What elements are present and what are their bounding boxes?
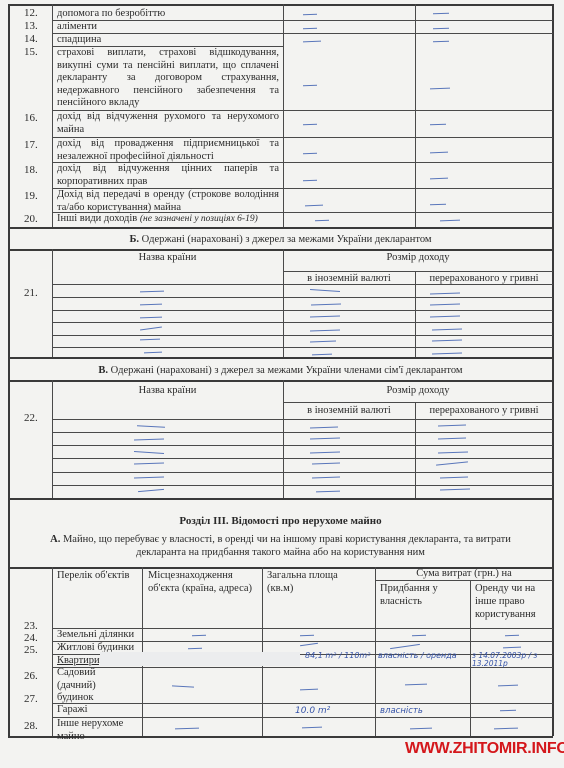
handwritten-dash — [500, 710, 516, 712]
handwritten-purchase: власність / оренда — [378, 652, 468, 660]
handwritten-dash — [316, 491, 340, 493]
col-income: Розмір доходу — [283, 252, 553, 265]
handwritten-dash — [303, 28, 317, 29]
handwritten-area: 84,1 m² / 110m² — [305, 652, 370, 660]
handwritten-dash — [175, 728, 199, 730]
handwritten-dash — [440, 477, 468, 479]
row-number: 20. — [24, 213, 38, 225]
handwritten-dash — [312, 477, 340, 479]
handwritten-dash — [430, 315, 460, 317]
col-country: Назва країни — [52, 385, 283, 398]
row-number: 21. — [24, 287, 38, 299]
handwritten-dash — [505, 635, 519, 636]
handwritten-dash — [494, 728, 518, 730]
row-number: 13. — [24, 20, 38, 32]
handwritten-dash — [405, 684, 427, 686]
handwritten-dash — [310, 315, 340, 317]
declaration-page: 12. 13. 14. 15. 16. 17. 18. 19. 20. допо… — [0, 0, 564, 768]
section-3-subtitle: А. Майно, що перебуває у власності, в ор… — [8, 534, 553, 547]
handwritten-dash — [303, 85, 317, 86]
handwritten-dash — [302, 727, 322, 729]
income-label: спадщина — [57, 34, 101, 47]
handwritten-dash — [430, 204, 446, 206]
handwritten-dash — [300, 635, 314, 636]
rule — [52, 335, 553, 336]
row-number: 19. — [24, 190, 38, 202]
handwritten-dash — [438, 425, 466, 427]
rule — [8, 498, 553, 500]
handwritten-dash — [140, 304, 162, 306]
handwritten-dash — [312, 354, 332, 356]
handwritten-dash — [137, 425, 165, 427]
handwritten-dash — [433, 13, 449, 15]
row-number: 26. — [24, 670, 38, 682]
rule — [52, 432, 553, 433]
handwritten-dash — [138, 489, 164, 492]
rule — [415, 4, 416, 227]
handwritten-dash — [432, 328, 462, 330]
rule — [52, 485, 553, 486]
handwritten-dash — [300, 689, 318, 691]
handwritten-dash — [432, 352, 462, 354]
handwritten-dash — [433, 28, 449, 30]
col-location-2: об'єкта (країна, адреса) — [148, 583, 252, 596]
handwritten-dash — [305, 205, 323, 207]
row-number: 22. — [24, 412, 38, 424]
income-label: дохід від провадження підприємницької та… — [57, 138, 279, 163]
rule — [8, 227, 553, 229]
col-purchase: Придбання у — [380, 583, 438, 596]
col-country: Назва країни — [52, 252, 283, 265]
handwritten-rent: з 14.07.2003р / з 13.2011р — [472, 652, 550, 668]
col-objects: Перелік об'єктів — [57, 570, 129, 583]
row-number: 12. — [24, 7, 38, 19]
handwritten-dash — [134, 462, 164, 464]
col-rent-3: користування — [475, 609, 536, 622]
rule — [52, 310, 553, 311]
handwritten-dash — [303, 153, 317, 154]
rule — [52, 445, 553, 446]
col-location: Місцезнаходження — [148, 570, 233, 583]
rule — [52, 347, 553, 348]
rule — [283, 402, 553, 403]
property-label: Квартири, — [57, 655, 102, 668]
rule — [52, 458, 553, 459]
handwritten-dash — [430, 292, 460, 294]
handwritten-dash — [390, 644, 420, 649]
rule — [52, 380, 53, 498]
handwritten-dash — [430, 124, 446, 126]
rule — [52, 297, 553, 298]
handwritten-purchase: власність — [380, 706, 423, 716]
handwritten-dash — [430, 303, 460, 305]
col-area: Загальна площа — [267, 570, 338, 583]
rule — [52, 4, 53, 227]
col-foreign: в іноземній валюті — [283, 405, 415, 418]
handwritten-dash — [140, 326, 162, 330]
section-letter: А. — [50, 534, 60, 545]
handwritten-dash — [192, 635, 206, 636]
col-rent-2: інше право — [475, 596, 525, 609]
handwritten-dash — [172, 685, 194, 687]
handwritten-dash — [430, 178, 448, 180]
handwritten-dash — [498, 685, 518, 687]
rule — [52, 472, 553, 473]
rule — [283, 249, 284, 357]
handwritten-dash — [436, 461, 468, 465]
handwritten-dash — [140, 317, 162, 319]
handwritten-dash — [310, 341, 336, 343]
section-3-title: Розділ ІІІ. Відомості про нерухоме майно — [8, 515, 553, 528]
rule — [8, 380, 553, 382]
rule — [52, 33, 553, 34]
col-purchase-2: власність — [380, 596, 422, 609]
handwritten-dash — [310, 451, 340, 453]
handwritten-dash — [134, 438, 164, 440]
handwritten-area: 10.0 m² — [295, 706, 330, 716]
col-costs: Сума витрат (грн.) на — [375, 568, 553, 581]
handwritten-dash — [440, 220, 460, 222]
rule — [52, 322, 553, 323]
section-letter: Б. — [129, 234, 139, 245]
handwritten-dash — [438, 451, 468, 453]
handwritten-dash — [303, 41, 321, 43]
handwritten-dash — [311, 303, 341, 305]
row-number: 27. — [24, 693, 38, 705]
row-number: 17. — [24, 139, 38, 151]
property-label: Садовий (дачний) будинок — [57, 667, 113, 705]
rule — [8, 4, 553, 6]
section-title-text: Одержані (нараховані) з джерел за межами… — [142, 234, 432, 245]
section-letter: В. — [98, 365, 108, 376]
row-number: 25. — [24, 644, 38, 656]
watermark[interactable]: WWW.ZHITOMIR.INFO — [405, 740, 564, 758]
section-v-title: В. Одержані (нараховані) з джерел за меж… — [8, 365, 553, 378]
handwritten-dash — [140, 339, 160, 341]
income-label: Інші види доходів (не зазначені у позиці… — [57, 213, 258, 226]
handwritten-dash — [430, 152, 448, 154]
col-rent: Оренду чи на — [475, 583, 535, 596]
handwritten-dash — [134, 476, 164, 478]
income-label: дохід від відчуження цінних паперів та к… — [57, 163, 279, 188]
income-label: страхові виплати, страхові відшкодування… — [57, 47, 279, 110]
property-label: Гаражі — [57, 704, 88, 717]
rule — [52, 249, 53, 357]
handwritten-dash — [300, 643, 318, 646]
col-foreign: в іноземній валюті — [283, 273, 415, 286]
handwritten-dash — [503, 647, 521, 649]
income-label: допомога по безробіттю — [57, 8, 165, 21]
row-number: 14. — [24, 33, 38, 45]
col-area-2: (кв.м) — [267, 583, 293, 596]
handwritten-dash — [438, 438, 466, 440]
handwritten-dash — [303, 124, 317, 125]
row-number: 28. — [24, 720, 38, 732]
income-label-text: Інші види доходів — [57, 213, 137, 224]
redacted-address — [100, 652, 300, 666]
handwritten-dash — [310, 289, 340, 292]
handwritten-dash — [310, 329, 340, 331]
handwritten-dash — [410, 728, 432, 730]
section-title-text: Одержані (нараховані) з джерел за межами… — [111, 365, 463, 376]
row-number: 24. — [24, 632, 38, 644]
handwritten-dash — [144, 352, 162, 354]
handwritten-dash — [430, 88, 450, 90]
handwritten-dash — [433, 41, 449, 43]
row-number: 16. — [24, 112, 38, 124]
col-income: Розмір доходу — [283, 385, 553, 398]
handwritten-dash — [310, 437, 340, 439]
income-label: Дохід від передачі в оренду (строкове во… — [57, 189, 279, 214]
property-label: Інше нерухоме майно — [57, 718, 137, 743]
row-number: 23. — [24, 620, 38, 632]
row-number: 18. — [24, 164, 38, 176]
income-label-note: (не зазначені у позиціях 6-19) — [140, 214, 258, 224]
subtitle-text: Майно, що перебуває у власності, в оренд… — [63, 534, 511, 545]
rule — [283, 271, 553, 272]
handwritten-dash — [312, 463, 340, 465]
col-uah: перерахованого у гривні — [415, 405, 553, 418]
handwritten-dash — [315, 220, 329, 221]
income-label: аліменти — [57, 21, 97, 34]
rule — [8, 249, 553, 251]
handwritten-dash — [303, 180, 317, 181]
row-number: 15. — [24, 46, 38, 58]
handwritten-dash — [310, 427, 338, 429]
section-b-title: Б. Одержані (нараховані) з джерел за меж… — [8, 234, 553, 247]
rule — [52, 703, 553, 704]
rule — [8, 357, 553, 359]
handwritten-dash — [134, 451, 164, 454]
rule — [52, 419, 553, 420]
handwritten-dash — [188, 648, 202, 649]
handwritten-dash — [303, 14, 317, 15]
rule — [283, 380, 284, 498]
rule — [283, 4, 284, 227]
handwritten-dash — [440, 488, 470, 490]
rule — [375, 567, 376, 737]
rule — [52, 567, 53, 737]
income-label: дохід від відчуження рухомого та нерухом… — [57, 111, 279, 136]
section-3-subtitle-2: декларанта на придбання такого майна або… — [8, 547, 553, 560]
handwritten-dash — [140, 291, 164, 293]
rule — [470, 580, 471, 737]
handwritten-dash — [412, 635, 426, 636]
handwritten-dash — [432, 339, 462, 341]
col-uah: перерахованого у гривні — [415, 273, 553, 286]
property-label: Земельні ділянки — [57, 629, 134, 642]
